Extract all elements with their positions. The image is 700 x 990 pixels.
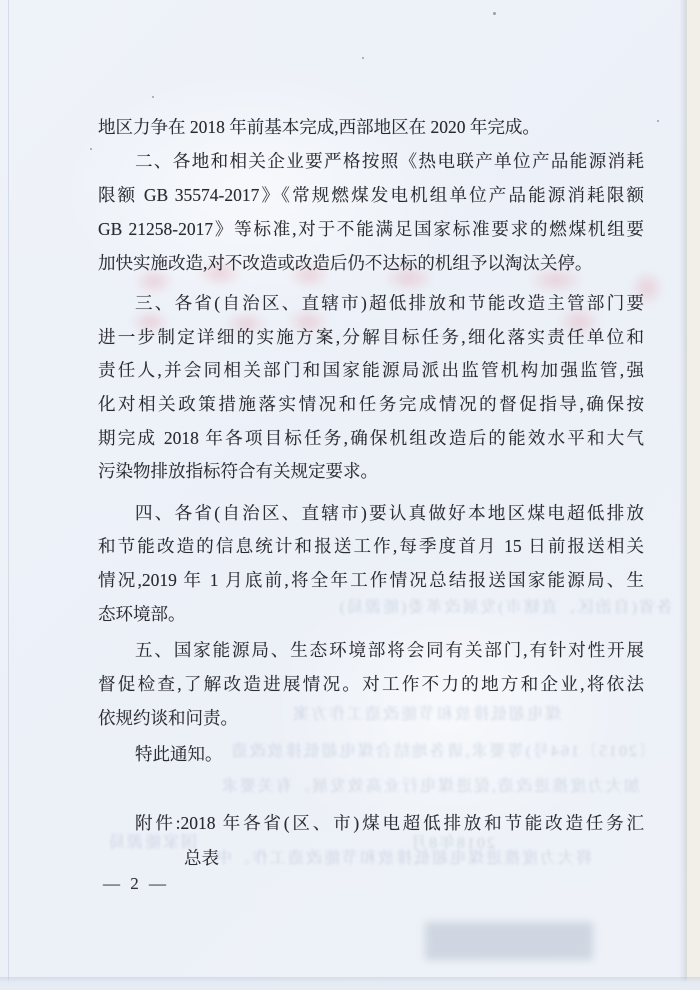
body-line: 加快实施改造,对不改造或改造后仍不达标的机组予以淘汰关停。 xyxy=(98,253,644,277)
body-line: 四、各省(自治区、直辖市)要认真做好本地区煤电超低排放 xyxy=(98,503,644,527)
scan-speck xyxy=(152,96,154,98)
body-line: 情况,2019 年 1 月底前,将全年工作情况总结报送国家能源局、生 xyxy=(98,570,644,594)
body-line: 进一步制定详细的实施方案,分解目标任务,细化落实责任单位和 xyxy=(98,327,644,351)
body-line: 督促检查,了解改造进展情况。对工作不力的地方和企业,将依法 xyxy=(98,674,644,698)
page-number: — 2 — xyxy=(103,874,169,894)
body-line: 三、各省(自治区、直辖市)超低排放和节能改造主管部门要 xyxy=(98,293,644,317)
scan-speck xyxy=(362,57,364,59)
body-line: 态环境部。 xyxy=(98,604,644,628)
body-line: 化对相关政策措施落实情况和任务完成情况的督促指导,确保按 xyxy=(98,394,644,418)
body-line: 特此通知。 xyxy=(98,744,644,768)
bleedthrough-text: 加大力度推进改造,促进煤电行业高效发展。有关要求 xyxy=(85,777,640,799)
body-line: 五、国家能源局、生态环境部将会同有关部门,有针对性开展 xyxy=(98,640,644,664)
body-line: 地区力争在 2018 年前基本完成,西部地区在 2020 年完成。 xyxy=(98,117,644,141)
body-line: 期完成 2018 年各项目标任务,确保机组改造后的能效水平和大气 xyxy=(98,428,644,452)
body-line: 污染物排放指标符合有关规定要求。 xyxy=(98,461,644,485)
body-line: 限额 GB 35574-2017》《常规燃煤发电机组单位产品能源消耗限额 xyxy=(98,185,644,209)
body-line: 和节能改造的信息统计和报送工作,每季度首月 15 日前报送相关 xyxy=(98,536,644,560)
scan-speck xyxy=(493,12,496,15)
body-line: 附件:2018 年各省(区、市)煤电超低排放和节能改造任务汇 xyxy=(98,813,644,837)
scanned-page: 各省(自治区、直辖市)发展改革委(能源局) 煤电超低排放和节能改造工作方案 〔2… xyxy=(0,0,700,990)
paper-left-edge xyxy=(8,0,9,990)
body-line: 二、各地和相关企业要严格按照《热电联产单位产品能源消耗 xyxy=(98,151,644,175)
body-line: 依规约谈和问责。 xyxy=(98,708,644,732)
scan-speck xyxy=(657,120,659,122)
body-line: 总表 xyxy=(98,848,644,872)
paper-bottom-edge xyxy=(0,977,700,990)
bleedthrough-block xyxy=(425,922,593,960)
scan-speck xyxy=(90,148,92,150)
paper-right-edge xyxy=(686,0,700,990)
body-line: GB 21258-2017》等标准,对于不能满足国家标准要求的燃煤机组要 xyxy=(98,219,644,243)
body-line: 责任人,并会同相关部门和国家能源局派出监管机构加强监管,强 xyxy=(98,360,644,384)
